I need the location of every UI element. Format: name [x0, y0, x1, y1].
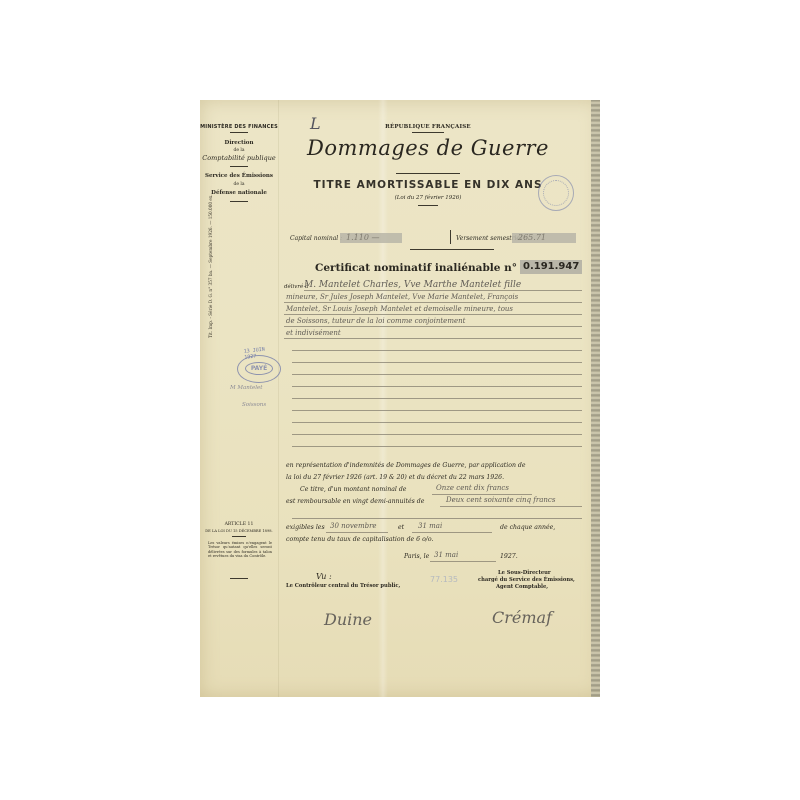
body-line-2: la loi du 27 février 1926 (art. 19 & 20)… — [286, 474, 504, 481]
issue-year: 1927. — [500, 553, 518, 560]
rule-line — [440, 506, 582, 507]
blank-rule-line — [292, 410, 582, 411]
article-subtitle: DE LA LOI DU 15 DÉCEMBRE 1898. — [200, 529, 278, 533]
issue-date: 31 mai — [434, 551, 458, 559]
blank-rule-line — [292, 386, 582, 387]
divider — [396, 173, 460, 174]
left-signature: Duine — [324, 610, 372, 629]
capital-label: Capital nominal : — [290, 235, 342, 242]
decorative-right-border — [591, 100, 600, 697]
paid-stamp: PAYÉ — [237, 355, 281, 383]
divider — [230, 132, 248, 133]
rule-line — [284, 314, 582, 315]
ministry-heading: MINISTÈRE DES FINANCES — [200, 124, 278, 130]
republic-heading: RÉPUBLIQUE FRANÇAISE — [278, 124, 578, 130]
printer-imprint: Tit. Imp. - Série D. G. n° 357 ba. — Sep… — [208, 194, 213, 338]
body-line-3-prefix: Ce titre, d'un montant nominal de — [300, 486, 406, 493]
paid-stamp-label: PAYÉ — [245, 362, 273, 375]
blank-rule-line — [292, 434, 582, 435]
paid-note-2: Soissons — [242, 402, 266, 408]
comptabilite-label: Comptabilité publique — [200, 154, 278, 162]
due-date-1: 30 novembre — [330, 522, 377, 530]
rule-line — [284, 338, 582, 339]
divider — [230, 166, 248, 167]
blank-rule-line — [292, 518, 582, 519]
vu-label: Vu : — [316, 572, 332, 581]
seal-ring — [543, 180, 569, 206]
pencil-note: 77.135 — [430, 575, 458, 584]
body-line-5-suffix: de chaque année, — [500, 524, 555, 531]
right-signatory-title-1: Le Sous-Directeur — [498, 570, 551, 576]
war-damage-certificate: L MINISTÈRE DES FINANCES Direction de la… — [200, 100, 600, 697]
article-text: Les valeurs émises n'engagent le Trésor … — [208, 541, 272, 559]
rule-line — [284, 326, 582, 327]
document-title: Dommages de Guerre — [278, 136, 578, 160]
certificate-number: 0.191.947 — [520, 260, 582, 274]
body-line-1: en représentation d'indemnités de Dommag… — [286, 462, 526, 469]
capital-value: 1.110 — — [340, 233, 402, 243]
de-la-label: de la — [200, 148, 278, 153]
right-signatory-title-2: chargé du Service des Émissions, — [478, 577, 575, 583]
due-date-2: 31 mai — [418, 522, 442, 530]
holder-line-4: de Soissons, tuteur de la loi comme conj… — [286, 317, 465, 325]
center-ornament — [450, 230, 451, 244]
round-seal-stamp — [538, 175, 574, 211]
holder-line-5: et indivisément — [286, 329, 341, 337]
rule-line — [284, 302, 582, 303]
holder-line-1: M. Mantelet Charles, Vve Marthe Mantelet… — [304, 280, 521, 290]
nominal-amount-words: Onze cent dix francs — [436, 484, 509, 492]
rule-line — [430, 561, 496, 562]
holder-line-3: Mantelet, Sr Louis Joseph Mantelet et de… — [286, 305, 513, 313]
service-label: Service des Émissions — [200, 173, 278, 179]
versement-value: 265.71 — [512, 233, 576, 243]
blank-rule-line — [292, 374, 582, 375]
document-subtitle: TITRE AMORTISSABLE EN DIX ANS — [278, 179, 578, 191]
left-signatory-title: Le Contrôleur central du Trésor public, — [286, 583, 400, 589]
divider — [230, 201, 248, 202]
rule-line — [304, 290, 582, 291]
annuity-amount-words: Deux cent soixante cinq francs — [446, 496, 555, 504]
body-line-4-prefix: est remboursable en vingt demi-annuités … — [286, 498, 424, 505]
divider — [230, 578, 248, 579]
ornament-line — [410, 249, 494, 250]
certificate-label: Certificat nominatif inaliénable n° — [315, 262, 517, 274]
body-line-6: compte tenu du taux de capitalisation de… — [286, 536, 433, 543]
rule-line — [432, 494, 532, 495]
divider — [412, 132, 444, 133]
body-line-5-mid: et — [398, 524, 404, 531]
law-reference: (Loi du 27 février 1926) — [278, 195, 578, 201]
blank-rule-line — [292, 398, 582, 399]
blank-rule-line — [292, 362, 582, 363]
place-date-prefix: Paris, le — [404, 553, 429, 560]
counterfoil-sidebar: MINISTÈRE DES FINANCES Direction de la C… — [200, 100, 278, 697]
holder-line-2: mineure, Sr Jules Joseph Mantelet, Vve M… — [286, 293, 518, 301]
blank-rule-line — [292, 446, 582, 447]
article-title: ARTICLE 11 — [200, 522, 278, 527]
blank-rule-line — [292, 422, 582, 423]
body-line-5-prefix: exigibles les — [286, 524, 325, 531]
direction-label: Direction — [200, 140, 278, 146]
right-signatory-title-3: Agent Comptable, — [496, 584, 548, 590]
rule-line — [326, 532, 388, 533]
divider — [232, 536, 246, 537]
paid-note: M Mantelet — [230, 385, 263, 391]
de-la-label: de la — [200, 182, 278, 187]
right-signature: Crémaf — [492, 608, 552, 627]
rule-line — [412, 532, 492, 533]
divider — [418, 205, 438, 206]
blank-rule-line — [292, 350, 582, 351]
